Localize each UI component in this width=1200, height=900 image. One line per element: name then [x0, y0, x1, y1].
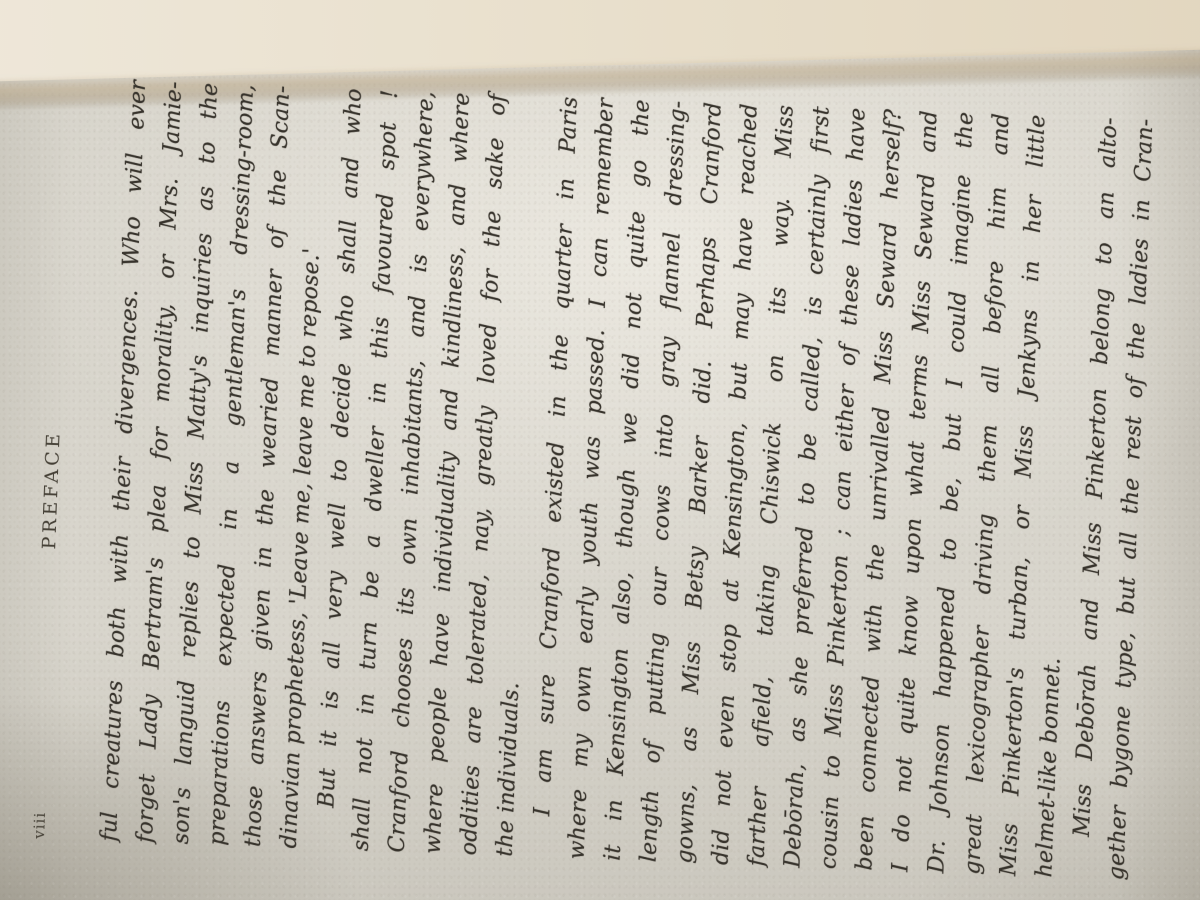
- header-spacer: [68, 77, 74, 221]
- book-page-photo: viii PREFACE ful creatures both with the…: [0, 0, 1200, 900]
- page-number: viii: [21, 758, 60, 839]
- page-text-block: viii PREFACE ful creatures both with the…: [20, 77, 1164, 881]
